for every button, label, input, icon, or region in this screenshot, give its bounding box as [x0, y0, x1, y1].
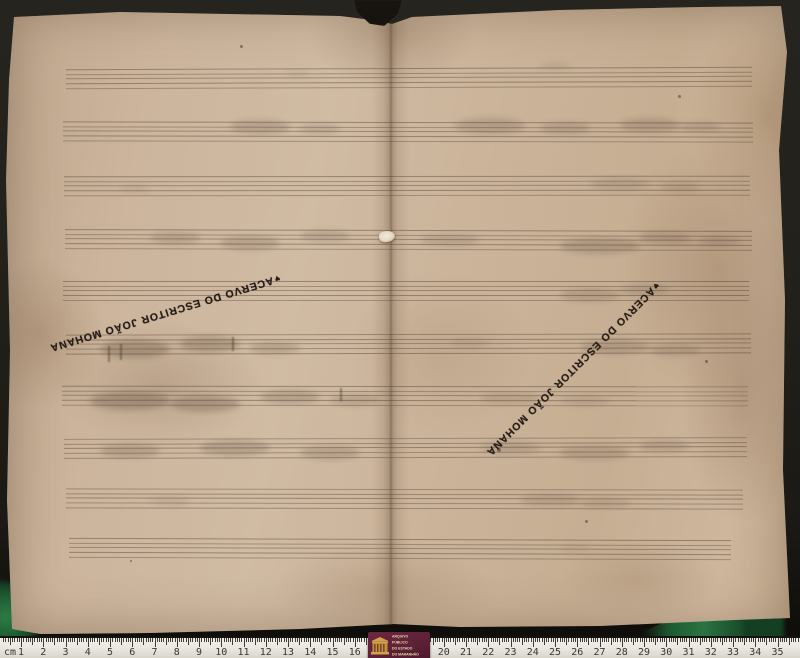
ruler-tick	[259, 638, 260, 642]
ruler-tick	[502, 638, 503, 642]
ruler-tick	[657, 638, 658, 642]
ruler-tick	[591, 638, 592, 642]
ruler-tick	[30, 638, 31, 642]
ruler-tick	[562, 638, 563, 642]
ruler-tick	[637, 638, 638, 642]
ruler-tick	[662, 638, 663, 642]
ruler-tick	[319, 638, 320, 642]
measurement-ruler: cm 1234567891011121314151617181920212223…	[0, 636, 800, 658]
ruler-tick	[94, 638, 95, 642]
ruler-tick	[560, 638, 561, 642]
staff-line	[62, 386, 748, 388]
ruler-tick	[106, 638, 107, 642]
ruler-tick	[486, 638, 487, 642]
ruler-tick	[284, 638, 285, 642]
ruler-tick	[86, 638, 87, 642]
ruler-number: 30	[660, 647, 672, 658]
ghost-notes-smudge	[450, 338, 490, 348]
ruler-tick	[123, 638, 124, 642]
ruler-tick	[32, 638, 33, 645]
ruler-tick	[155, 638, 156, 647]
ghost-notes-smudge	[90, 392, 170, 410]
ruler-tick	[17, 638, 18, 642]
ruler-tick	[143, 638, 144, 645]
ruler-tick	[766, 638, 767, 645]
ghost-note-stem	[108, 346, 110, 362]
staff-line	[66, 493, 743, 495]
ruler-tick	[197, 638, 198, 642]
ruler-tick	[344, 638, 345, 645]
ruler-tick	[19, 638, 20, 642]
ghost-notes-smudge	[300, 446, 360, 460]
ruler-number: 9	[196, 647, 202, 658]
ruler-tick	[437, 638, 438, 642]
ruler-tick	[172, 638, 173, 642]
ruler-tick	[553, 638, 554, 642]
ruler-tick	[622, 638, 623, 647]
ruler-tick	[786, 638, 787, 642]
ruler-tick	[121, 638, 122, 645]
ghost-notes-smudge	[640, 440, 690, 452]
ruler-tick	[43, 638, 44, 647]
ghost-notes-smudge	[100, 444, 160, 458]
ruler-tick	[295, 638, 296, 642]
ghost-notes-smudge	[560, 446, 630, 460]
ruler-tick	[54, 638, 55, 645]
scanned-manuscript-photo: ♥ACERVO DO ESCRITOR JOÃO MOHANA ♥ACERVO …	[0, 0, 800, 658]
ruler-tick	[539, 638, 540, 642]
ruler-tick	[493, 638, 494, 642]
ruler-tick	[778, 638, 779, 647]
ruler-tick	[306, 638, 307, 642]
staff-line	[63, 281, 749, 282]
ruler-tick	[66, 638, 67, 647]
ruler-tick	[210, 638, 211, 645]
ruler-tick	[651, 638, 652, 642]
staff-line	[66, 81, 752, 84]
ruler-tick	[488, 638, 489, 647]
ruler-tick	[188, 638, 189, 645]
ruler-tick	[791, 638, 792, 642]
staff-line	[66, 507, 743, 509]
ghost-notes-smudge	[560, 544, 590, 552]
ruler-tick	[755, 638, 756, 647]
ruler-tick	[471, 638, 472, 642]
ruler-tick	[317, 638, 318, 642]
ruler-tick	[313, 638, 314, 642]
staff-line	[69, 538, 731, 541]
ghost-notes-smudge	[520, 494, 580, 506]
ruler-tick	[168, 638, 169, 642]
staff-line	[66, 86, 752, 89]
ruler-tick	[219, 638, 220, 642]
ruler-number: 22	[482, 647, 494, 658]
ruler-tick	[664, 638, 665, 642]
ruler-tick	[81, 638, 82, 642]
ruler-tick	[709, 638, 710, 642]
ruler-tick	[604, 638, 605, 642]
ruler-tick	[711, 638, 712, 647]
ruler-tick	[680, 638, 681, 642]
ruler-tick	[21, 638, 22, 647]
staff-line	[64, 194, 750, 196]
ruler-number: 3	[62, 647, 68, 658]
ghost-notes-smudge	[150, 232, 200, 244]
ruler-tick	[726, 638, 727, 642]
ruler-tick	[244, 638, 245, 647]
ruler-tick	[793, 638, 794, 642]
ghost-note-stem	[340, 388, 342, 401]
ruler-tick	[257, 638, 258, 642]
staff-line	[66, 71, 752, 74]
music-staff	[69, 538, 731, 560]
ruler-tick	[686, 638, 687, 642]
ruler-tick	[769, 638, 770, 642]
ruler-tick	[524, 638, 525, 642]
ruler-tick	[640, 638, 641, 642]
ruler-tick	[535, 638, 536, 642]
ruler-tick	[241, 638, 242, 642]
ruler-tick	[228, 638, 229, 642]
ghost-notes-smudge	[420, 234, 480, 246]
ruler-tick	[108, 638, 109, 642]
ghost-notes-smudge	[200, 440, 270, 456]
ruler-number: 5	[107, 647, 113, 658]
ruler-tick	[170, 638, 171, 642]
ruler-tick	[326, 638, 327, 642]
ruler-tick	[97, 638, 98, 642]
ghost-notes-smudge	[580, 498, 630, 508]
ruler-tick	[201, 638, 202, 642]
ruler-tick	[782, 638, 783, 642]
ruler-number: 25	[549, 647, 561, 658]
staff-line	[66, 76, 752, 79]
ruler-tick	[459, 638, 460, 642]
ruler-tick	[758, 638, 759, 642]
ruler-tick	[689, 638, 690, 647]
ruler-tick	[775, 638, 776, 642]
ruler-tick	[364, 638, 365, 642]
ruler-tick	[798, 638, 799, 642]
staff-line	[64, 190, 750, 192]
ruler-number: 7	[151, 647, 157, 658]
ruler-tick	[175, 638, 176, 642]
ruler-tick	[666, 638, 667, 647]
ruler-tick	[477, 638, 478, 645]
ruler-tick	[453, 638, 454, 642]
building-icon	[370, 636, 390, 656]
ruler-tick	[537, 638, 538, 642]
archive-label-line: DO ESTADO	[392, 647, 413, 651]
ruler-tick	[355, 638, 356, 647]
ruler-tick	[50, 638, 51, 642]
ruler-tick	[735, 638, 736, 642]
staff-line	[66, 338, 751, 340]
ruler-tick	[177, 638, 178, 647]
music-staff	[66, 67, 752, 89]
ruler-tick	[299, 638, 300, 645]
ruler-unit-label: cm	[4, 647, 16, 658]
ruler-tick	[691, 638, 692, 642]
ruler-tick	[744, 638, 745, 645]
archive-stamp-text: ACERVO DO ESCRITOR JOÃO MOHANA	[484, 285, 657, 458]
staff-line	[65, 248, 752, 251]
staff-line	[64, 451, 747, 454]
ruler-tick	[602, 638, 603, 642]
ghost-notes-smudge	[285, 70, 310, 77]
ruler-tick	[99, 638, 100, 645]
ruler-tick	[608, 638, 609, 642]
ruler-tick	[183, 638, 184, 642]
ruler-tick	[600, 638, 601, 647]
ruler-tick	[468, 638, 469, 642]
staff-line	[66, 488, 743, 490]
ruler-tick	[63, 638, 64, 642]
ruler-number: 6	[129, 647, 135, 658]
ghost-notes-smudge	[300, 124, 340, 134]
ruler-tick	[292, 638, 293, 642]
ruler-tick	[181, 638, 182, 642]
ruler-tick	[704, 638, 705, 642]
ruler-tick	[746, 638, 747, 642]
ruler-tick	[435, 638, 436, 642]
ruler-tick	[649, 638, 650, 642]
archive-label-line: ARQUIVO	[392, 635, 413, 639]
ruler-tick	[150, 638, 151, 642]
ruler-tick	[620, 638, 621, 642]
center-fold-line	[390, 16, 392, 628]
ruler-tick	[59, 638, 60, 642]
ruler-tick	[248, 638, 249, 642]
ruler-tick	[577, 638, 578, 647]
manuscript-paper: ♥ACERVO DO ESCRITOR JOÃO MOHANA ♥ACERVO …	[0, 0, 800, 642]
ruler-tick	[330, 638, 331, 642]
ruler-tick	[130, 638, 131, 642]
ruler-tick	[671, 638, 672, 642]
ruler-tick	[653, 638, 654, 642]
paper-speck	[130, 560, 132, 562]
ruler-tick	[564, 638, 565, 642]
ruler-tick	[511, 638, 512, 647]
ruler-tick	[246, 638, 247, 642]
ruler-tick	[366, 638, 367, 645]
ruler-tick	[613, 638, 614, 642]
ruler-tick	[10, 638, 11, 645]
ruler-tick	[90, 638, 91, 642]
ruler-tick	[495, 638, 496, 642]
ruler-tick	[337, 638, 338, 642]
ruler-tick	[584, 638, 585, 642]
ruler-tick	[715, 638, 716, 642]
ruler-tick	[475, 638, 476, 642]
ruler-tick	[324, 638, 325, 642]
ruler-tick	[753, 638, 754, 642]
ghost-notes-smudge	[260, 390, 320, 404]
ruler-tick	[28, 638, 29, 642]
staff-line	[63, 140, 753, 142]
ruler-tick	[433, 638, 434, 645]
ruler-tick	[119, 638, 120, 642]
ruler-tick	[646, 638, 647, 642]
paper-speck	[240, 45, 243, 48]
ruler-tick	[48, 638, 49, 642]
ruler-tick	[513, 638, 514, 642]
staff-line	[64, 456, 747, 459]
ruler-tick	[79, 638, 80, 642]
ruler-tick	[321, 638, 322, 645]
ruler-tick	[731, 638, 732, 642]
ruler-tick	[684, 638, 685, 642]
ruler-tick	[39, 638, 40, 642]
ruler-tick	[12, 638, 13, 642]
staff-line	[69, 547, 731, 550]
ruler-tick	[315, 638, 316, 642]
ruler-tick	[597, 638, 598, 642]
ruler-tick	[697, 638, 698, 642]
paper-speck	[705, 360, 708, 363]
ruler-tick	[159, 638, 160, 642]
ruler-tick	[738, 638, 739, 642]
ruler-tick	[713, 638, 714, 642]
ruler-tick	[446, 638, 447, 642]
ruler-tick	[23, 638, 24, 642]
ruler-number: 15	[326, 647, 338, 658]
ruler-tick	[444, 638, 445, 647]
ruler-tick	[508, 638, 509, 642]
ruler-tick	[46, 638, 47, 642]
ruler-tick	[771, 638, 772, 642]
ruler-tick	[217, 638, 218, 642]
ruler-tick	[615, 638, 616, 642]
ruler-tick	[751, 638, 752, 642]
ruler-tick	[448, 638, 449, 642]
ruler-tick	[677, 638, 678, 645]
ghost-note-stem	[232, 337, 234, 351]
ruler-tick	[546, 638, 547, 642]
ruler-tick	[57, 638, 58, 642]
ruler-tick	[301, 638, 302, 642]
ghost-notes-smudge	[455, 118, 525, 134]
ghost-notes-smudge	[640, 232, 690, 244]
ruler-tick	[526, 638, 527, 642]
ruler-tick	[773, 638, 774, 642]
ruler-tick	[586, 638, 587, 642]
ruler-tick	[462, 638, 463, 642]
ruler-tick	[353, 638, 354, 642]
ruler-tick	[497, 638, 498, 642]
ruler-tick	[568, 638, 569, 642]
ruler-tick	[693, 638, 694, 642]
ruler-tick	[749, 638, 750, 642]
ruler-number: 31	[682, 647, 694, 658]
ruler-tick	[192, 638, 193, 642]
ruler-tick	[580, 638, 581, 642]
ruler-tick	[83, 638, 84, 642]
ruler-tick	[642, 638, 643, 642]
ruler-tick	[304, 638, 305, 642]
ruler-tick	[628, 638, 629, 642]
staff-line	[66, 352, 751, 354]
ruler-tick	[250, 638, 251, 642]
ruler-tick	[270, 638, 271, 642]
ruler-tick	[101, 638, 102, 642]
ruler-tick	[682, 638, 683, 642]
ghost-notes-smudge	[560, 288, 620, 302]
archive-label-line: DO MARANHÃO	[392, 653, 413, 657]
ruler-tick	[230, 638, 231, 642]
ruler-tick	[626, 638, 627, 642]
ruler-tick	[573, 638, 574, 642]
ruler-tick	[112, 638, 113, 642]
ruler-tick	[132, 638, 133, 647]
ruler-number: 8	[174, 647, 180, 658]
ruler-tick	[148, 638, 149, 642]
ruler-tick	[593, 638, 594, 642]
ruler-tick	[724, 638, 725, 642]
ruler-tick	[8, 638, 9, 642]
staff-line	[64, 176, 750, 178]
ruler-tick	[135, 638, 136, 642]
ruler-tick	[795, 638, 796, 642]
ruler-tick	[288, 638, 289, 647]
ruler-tick	[212, 638, 213, 642]
ruler-tick	[117, 638, 118, 642]
ruler-tick	[195, 638, 196, 642]
ruler-tick	[204, 638, 205, 642]
staff-line	[69, 557, 731, 560]
staff-line	[66, 67, 752, 70]
ghost-notes-smudge	[620, 118, 680, 132]
ghost-notes-smudge	[230, 120, 290, 134]
ruler-tick	[261, 638, 262, 642]
ruler-tick	[255, 638, 256, 645]
ruler-tick	[333, 638, 334, 647]
ruler-tick	[464, 638, 465, 642]
ruler-tick	[606, 638, 607, 642]
ruler-number: 28	[616, 647, 628, 658]
ruler-tick	[499, 638, 500, 645]
ruler-tick	[702, 638, 703, 642]
ruler-number: 26	[571, 647, 583, 658]
ruler-tick	[617, 638, 618, 642]
archive-stamp-right: ♥ACERVO DO ESCRITOR JOÃO MOHANA	[484, 280, 663, 459]
ruler-tick	[695, 638, 696, 642]
ruler-tick	[275, 638, 276, 642]
ruler-number: 13	[282, 647, 294, 658]
ghost-notes-smudge	[330, 394, 380, 406]
ruler-tick	[277, 638, 278, 645]
ruler-tick	[430, 638, 431, 642]
staff-line	[63, 135, 753, 137]
ruler-number: 14	[304, 647, 316, 658]
archive-label: ARQUIVO PÚBLICO DO ESTADO DO MARANHÃO	[368, 632, 430, 658]
ruler-tick	[186, 638, 187, 642]
ruler-tick	[533, 638, 534, 647]
ruler-tick	[179, 638, 180, 642]
ghost-notes-smudge	[120, 185, 150, 193]
ruler-tick	[74, 638, 75, 642]
ruler-tick	[491, 638, 492, 642]
ruler-number: 23	[504, 647, 516, 658]
ruler-tick	[717, 638, 718, 642]
ghost-notes-smudge	[700, 236, 740, 246]
ruler-tick	[742, 638, 743, 642]
ruler-tick	[575, 638, 576, 642]
ruler-tick	[542, 638, 543, 642]
ruler-tick	[328, 638, 329, 642]
ruler-number: 33	[727, 647, 739, 658]
ruler-tick	[281, 638, 282, 642]
